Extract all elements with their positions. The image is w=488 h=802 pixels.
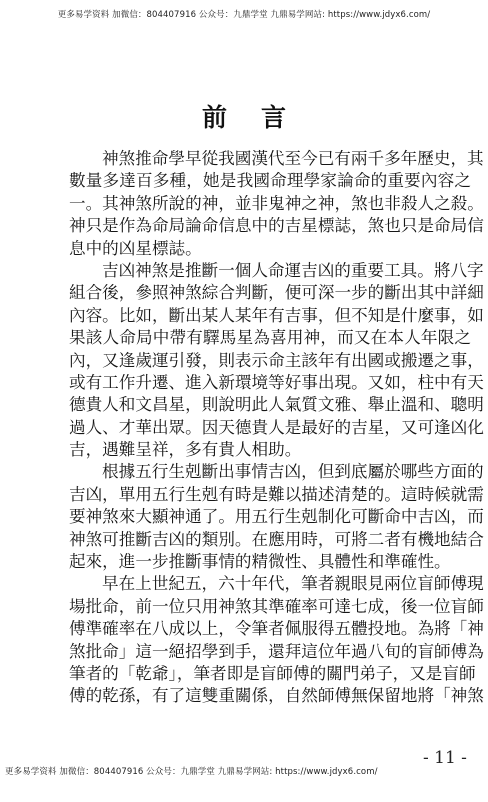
paragraph-1-line-3: 一。其神煞所說的神，並非鬼神之神，煞也非殺人之殺。 [69,193,471,215]
page-number: - 11 - [423,748,467,768]
paragraph-2-line-8: 過人、才華出眾。因天德貴人是最好的吉星，又可逢凶化 [69,417,471,439]
title-char-2: 言 [261,98,286,134]
paragraph-4-line-1: 早在上世紀五，六十年代，筆者親眼見兩位盲師傅現 [69,573,471,595]
title-char-1: 前 [202,98,227,134]
paragraph-2-line-7: 德貴人和文昌星，則說明此人氣質文雅、舉止溫和、聰明 [69,394,471,416]
paragraph-2-line-3: 內容。比如，斷出某人某年有吉事，但不知是什麼事，如 [69,305,471,327]
header-watermark: 更多易学资料 加微信：804407916 公众号：九鼎学堂 九鼎易学网站: ht… [0,8,488,20]
paragraph-2-line-6: 或有工作升遷、進入新環境等好事出現。又如，柱中有天 [69,372,471,394]
preface-body: 神煞推命學早從我國漢代至今已有兩千多年歷史，其 數量多達百多種，她是我國命理學家… [69,148,471,708]
paragraph-3-line-1: 根據五行生剋斷出事情吉凶，但到底屬於哪些方面的 [69,461,471,483]
paragraph-1-line-5: 息中的凶星標誌。 [69,238,471,260]
paragraph-4-line-5: 筆者的「乾爺」，筆者即是盲師傅的關門弟子，又是盲師 [69,663,471,685]
paragraph-2-line-1: 吉凶神煞是推斷一個人命運吉凶的重要工具。將八字 [69,260,471,282]
paragraph-3-line-4: 神煞可推斷吉凶的類別。在應用時，可將二者有機地結合 [69,529,471,551]
paragraph-1-line-1: 神煞推命學早從我國漢代至今已有兩千多年歷史，其 [69,148,471,170]
paragraph-3-line-2: 吉凶，單用五行生剋有時是難以描述清楚的。這時候就需 [69,484,471,506]
paragraph-2-line-5: 內，又逢歲運引發，則表示命主該年有出國或搬遷之事， [69,350,471,372]
paragraph-4-line-4: 煞批命」這一絕招學到手，還拜這位年過八旬的盲師傅為 [69,641,471,663]
paragraph-3-line-3: 要神煞來大顯神通了。用五行生剋制化可斷命中吉凶，而 [69,506,471,528]
paragraph-2-line-9: 吉，遇難呈祥，多有貴人相助。 [69,439,471,461]
page-title: 前言 [0,98,488,134]
paragraph-4-line-6: 傅的乾孫，有了這雙重關係，自然師傅無保留地將「神煞 [69,685,471,707]
paragraph-3-line-5: 起來，進一步推斷事情的精微性、具體性和準確性。 [69,551,471,573]
footer-watermark: 更多易学资料 加微信：804407916 公众号：九鼎学堂 九鼎易学网站: ht… [5,765,378,777]
paragraph-1-line-2: 數量多達百多種，她是我國命理學家論命的重要內容之 [69,170,471,192]
paragraph-4-line-3: 傅準確率在八成以上，令筆者佩服得五體投地。為將「神 [69,618,471,640]
paragraph-2-line-2: 組合後，參照神煞綜合判斷，便可深一步的斷出其中詳細 [69,282,471,304]
paragraph-4-line-2: 場批命，前一位只用神煞其準確率可達七成，後一位盲師 [69,596,471,618]
paragraph-2-line-4: 果該人命局中帶有驛馬星為喜用神，而又在本人年限之 [69,327,471,349]
paragraph-1-line-4: 神只是作為命局論命信息中的吉星標誌，煞也只是命局信 [69,215,471,237]
